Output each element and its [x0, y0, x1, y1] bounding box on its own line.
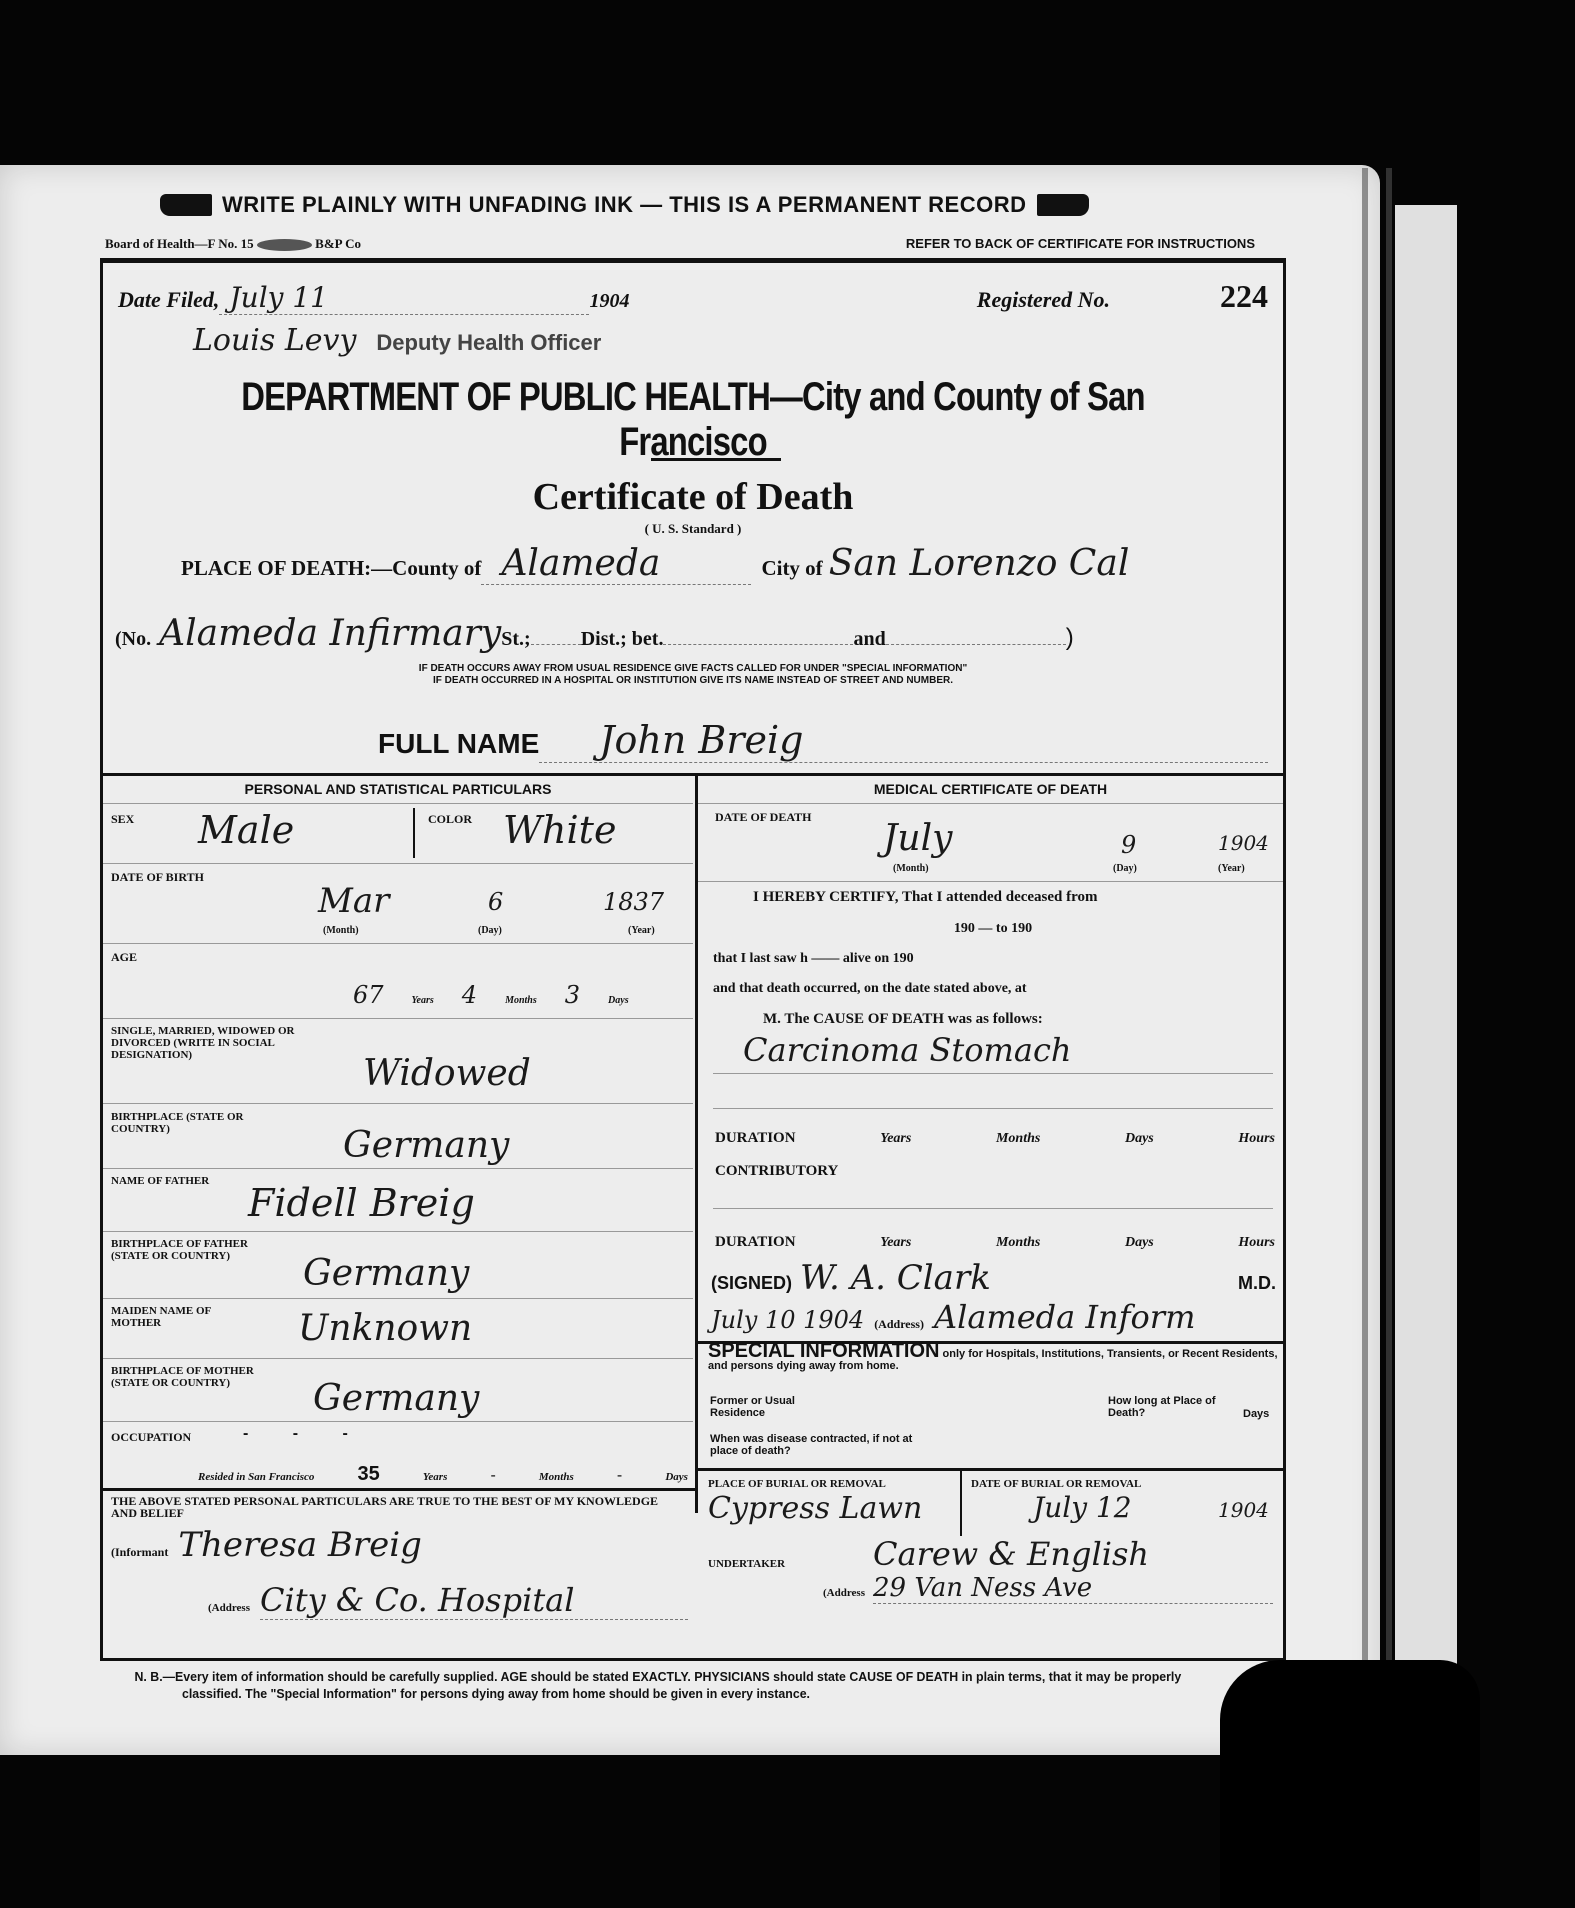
informant-name: Theresa Breig: [178, 1525, 422, 1565]
scan-shadow: [1220, 1660, 1480, 1908]
column-divider: [695, 773, 698, 1513]
dob-month: Mar: [318, 881, 389, 921]
certificate-title: Certificate of Death: [103, 475, 1283, 519]
medical-heading: MEDICAL CERTIFICATE OF DEATH: [698, 781, 1283, 797]
age-months: 4: [462, 981, 477, 1009]
county-value: Alameda: [481, 543, 751, 585]
between-field: [663, 644, 853, 645]
printer-seal-icon: [257, 239, 312, 251]
mother-birthplace-value: Germany: [313, 1378, 479, 1419]
instructions-note: REFER TO BACK OF CERTIFICATE FOR INSTRUC…: [906, 236, 1255, 252]
date-filed-value: July 11: [219, 281, 589, 315]
dod-month: July: [883, 818, 952, 859]
undertaker-address-row: (Address 29 Van Ness Ave: [823, 1573, 1273, 1604]
burial-place: Cypress Lawn: [708, 1491, 922, 1526]
certify-text: I HEREBY CERTIFY, That I attended deceas…: [753, 891, 1098, 903]
mother-birthplace-label: BIRTHPLACE OF MOTHER (State or Country): [111, 1365, 261, 1389]
registered-number: 224: [1220, 278, 1268, 315]
burial-place-label: PLACE OF BURIAL OR REMOVAL: [708, 1478, 886, 1490]
dod-label: DATE OF DEATH: [715, 811, 811, 823]
pointing-hand-icon: [160, 194, 212, 216]
divider: [651, 458, 781, 461]
informant-address: City & Co. Hospital: [260, 1581, 688, 1620]
signed-date-row: July 10 1904 (Address) Alameda Inform: [711, 1298, 1281, 1336]
place-of-death-label: PLACE OF DEATH:—County of: [181, 556, 481, 581]
informant-row: (Informant Theresa Breig: [111, 1525, 422, 1565]
printer: B&P Co: [315, 236, 361, 251]
form-id: Board of Health—F No. 15: [105, 236, 254, 251]
dod-day: 9: [1121, 831, 1136, 859]
footer-note: N. B.—Every item of information should b…: [125, 1668, 1189, 1702]
date-filed-row: Date Filed, July 11 1904 Registered No. …: [118, 278, 1268, 315]
street-field: [531, 644, 581, 645]
duration-row-2: DURATION Years Months Days Hours: [715, 1235, 1275, 1251]
registered-label: Registered No.: [977, 287, 1110, 313]
officer-signature: Louis Levy: [193, 323, 356, 358]
age-days: 3: [565, 981, 580, 1009]
officer-row: Louis Levy Deputy Health Officer: [193, 323, 601, 358]
age-row: 67 Years 4 Months 3 Days: [353, 981, 629, 1009]
birthplace-value: Germany: [343, 1125, 509, 1166]
address-row: (No. Alameda Infirmary St.; Dist.; bet. …: [115, 613, 1275, 654]
officer-title: Deputy Health Officer: [376, 330, 601, 356]
place-of-death-row: PLACE OF DEATH:—County of Alameda City o…: [181, 543, 1271, 585]
full-name-row: FULL NAME John Breig: [378, 718, 1268, 763]
burial-date: July 12: [1033, 1491, 1132, 1524]
burial-date-label: DATE of BURIAL or REMOVAL: [971, 1478, 1141, 1490]
street-label: St.;: [501, 628, 530, 651]
dob-year: 1837: [603, 888, 664, 916]
special-info: SPECIAL INFORMATION only for Hospitals, …: [708, 1345, 1278, 1372]
department-title: DEPARTMENT OF PUBLIC HEALTH—City and Cou…: [209, 375, 1177, 465]
burial-year: 1904: [1218, 1498, 1269, 1522]
birthplace-label: BIRTHPLACE (State or Country): [111, 1111, 261, 1135]
sex-label: SEX: [111, 813, 134, 825]
undertaker-label: UNDERTAKER: [708, 1558, 785, 1570]
number-label: (No.: [115, 628, 151, 651]
pointing-hand-icon: [1037, 194, 1089, 216]
date-filed-label: Date Filed,: [118, 287, 219, 313]
sex-value: Male: [198, 808, 294, 852]
color-label: COLOR: [428, 813, 472, 825]
page-edge: [1386, 168, 1392, 1713]
banner: WRITE PLAINLY WITH UNFADING INK — THIS I…: [160, 192, 1260, 218]
and-label: and: [853, 628, 885, 651]
duration-row: DURATION Years Months Days Hours: [715, 1131, 1275, 1147]
age-years: 67: [353, 981, 384, 1009]
institution-value: Alameda Infirmary: [151, 613, 501, 654]
occupation-value: - - -: [243, 1425, 368, 1443]
certificate-form: Date Filed, July 11 1904 Registered No. …: [100, 258, 1286, 1661]
marital-label: SINGLE, MARRIED, WIDOWED OR DIVORCED (Wr…: [111, 1025, 321, 1061]
informant-address-row: (Address City & Co. Hospital: [208, 1581, 688, 1620]
father-birthplace-value: Germany: [303, 1253, 469, 1294]
city-value: San Lorenzo Cal: [823, 543, 1130, 584]
mother-label: MAIDEN NAME OF MOTHER: [111, 1305, 261, 1329]
color-value: White: [503, 808, 616, 852]
date-filed-year: 1904: [589, 290, 629, 313]
adjacent-page: [1395, 205, 1457, 1705]
city-label: City of: [761, 556, 822, 581]
standard-note: ( U. S. Standard ): [103, 521, 1283, 537]
special-heading: SPECIAL INFORMATION: [708, 1340, 939, 1362]
banner-text: WRITE PLAINLY WITH UNFADING INK — THIS I…: [222, 192, 1027, 218]
full-name-value: John Breig: [539, 718, 1268, 763]
father-birthplace-label: BIRTHPLACE OF FATHER (State or Country): [111, 1238, 261, 1262]
page-edge: [1362, 168, 1368, 1713]
signed-date: July 10 1904: [711, 1306, 864, 1334]
form-meta: Board of Health—F No. 15 B&P Co REFER TO…: [105, 236, 1265, 252]
section-divider: [103, 773, 1283, 776]
place-note: IF DEATH OCCURS AWAY FROM USUAL RESIDENC…: [243, 663, 1143, 687]
father-label: NAME OF FATHER: [111, 1175, 211, 1187]
undertaker-value: Carew & English: [873, 1535, 1149, 1573]
full-name-label: FULL NAME: [378, 728, 539, 760]
resided-years: 35: [358, 1463, 380, 1486]
occupation-label: OCCUPATION: [111, 1431, 191, 1443]
contributory-label: CONTRIBUTORY: [715, 1165, 838, 1177]
undertaker-address: 29 Van Ness Ave: [873, 1573, 1273, 1604]
district-label: Dist.; bet.: [581, 628, 664, 651]
physician-address: Alameda Inform: [934, 1298, 1195, 1336]
physician-signature: W. A. Clark: [792, 1258, 1238, 1298]
cause-label: M. The CAUSE OF DEATH was as follows:: [763, 1013, 1043, 1025]
age-label: AGE: [111, 951, 137, 963]
and-field: [886, 644, 1066, 645]
dob-day: 6: [488, 888, 503, 916]
personal-heading: PERSONAL AND STATISTICAL PARTICULARS: [103, 781, 693, 797]
marital-value: Widowed: [363, 1053, 531, 1094]
cause-value: Carcinoma Stomach: [743, 1031, 1071, 1069]
dod-year: 1904: [1218, 831, 1269, 855]
mother-value: Unknown: [298, 1308, 472, 1349]
father-value: Fidell Breig: [248, 1181, 475, 1225]
dob-label: DATE OF BIRTH: [111, 871, 204, 883]
informant-statement: THE ABOVE STATED PERSONAL PARTICULARS AR…: [111, 1495, 686, 1519]
resided-row: Resided in San Francisco 35 Years - Mont…: [198, 1463, 688, 1486]
signed-row: (SIGNED) W. A. Clark M.D.: [711, 1258, 1276, 1298]
